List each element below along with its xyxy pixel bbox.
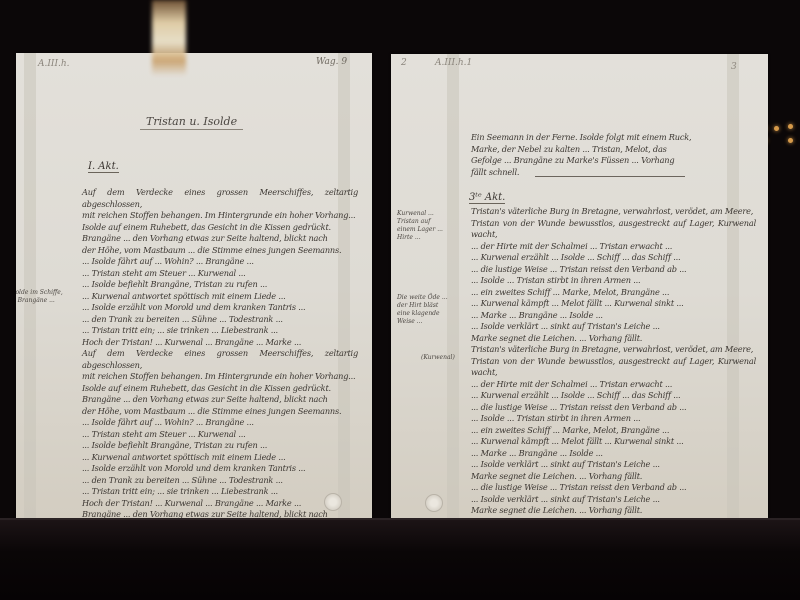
margin-note: (Kurwenal) [421, 354, 471, 362]
intro-text: Ein Seemann in der Ferne. Isolde folgt m… [471, 132, 741, 178]
divider-rule [535, 176, 685, 177]
act-heading: 3ᵗᵉ Akt. [469, 192, 505, 204]
light-reflection-glare [152, 0, 186, 76]
sheet-mark-left: 2 [401, 58, 407, 68]
sheet-mark: A.III.h. [38, 59, 70, 69]
margin-note: Isolde im Schiffe, ... Brangäne ... [16, 289, 70, 305]
mounting-strip [447, 54, 459, 526]
margin-note: Kurwenal ... Tristan auf einem Lager ...… [397, 210, 449, 242]
corner-note: 3 [731, 62, 737, 72]
sheet-mark: A.III.h.1 [435, 58, 472, 68]
manuscript-page-right: 2 A.III.h.1 3 Ein Seemann in der Ferne. … [391, 54, 768, 526]
corner-note: Wag. 9 [316, 57, 347, 67]
handwritten-text: Tristan's väterliche Burg in Bretagne, v… [471, 206, 756, 517]
manuscript-page-left: A.III.h. Wag. 9 Tristan u. Isolde I. Akt… [16, 53, 372, 518]
act-heading: I. Akt. [88, 161, 119, 173]
handwritten-text: Auf dem Verdecke eines grossen Meerschif… [82, 187, 358, 518]
manuscript-title: Tristan u. Isolde [140, 115, 243, 130]
library-stamp-icon [324, 493, 342, 511]
mounting-strip [24, 53, 36, 518]
display-case-base [0, 520, 800, 600]
library-stamp-icon [425, 494, 443, 512]
margin-note: Die weite Öde ... der Hirt bläst eine kl… [397, 294, 449, 326]
